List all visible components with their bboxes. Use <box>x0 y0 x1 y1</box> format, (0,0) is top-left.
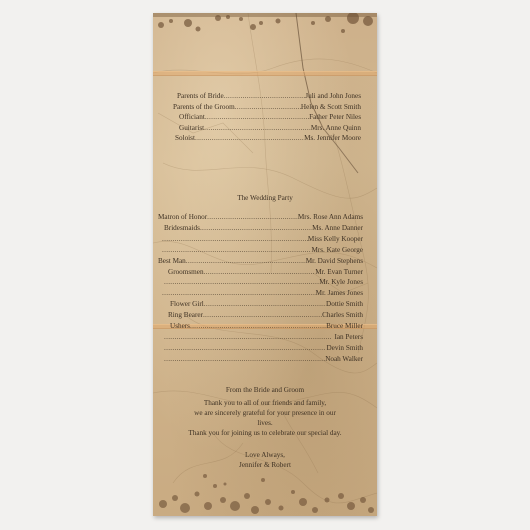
dot-leader: ........................................… <box>207 213 298 223</box>
person-name: Bruce Miller <box>326 322 363 332</box>
dot-leader: ........................................… <box>205 113 309 123</box>
person-name: Father Peter Niles <box>309 113 361 123</box>
closing: Love Always, <box>153 451 377 461</box>
role-label: Guitarist <box>179 124 204 134</box>
message-title: From the Bride and Groom <box>153 386 377 396</box>
person-name: Mrs. Anne Quinn <box>311 124 361 134</box>
wedding-party-row: Ring Bearer.............................… <box>168 311 363 321</box>
role-label: Ring Bearer <box>168 311 203 321</box>
dot-leader: ........................................… <box>235 103 301 113</box>
wedding-party-row: ........................................… <box>162 289 363 299</box>
officiant-row: Officiant...............................… <box>179 113 361 123</box>
wedding-party-row: Matron of Honor.........................… <box>158 213 363 223</box>
role-label: Bridesmaids <box>164 224 200 234</box>
person-name: Ms. Jennifer Moore <box>304 134 361 144</box>
dot-leader: ........................................… <box>162 235 308 245</box>
dot-leader: ........................................… <box>186 257 306 267</box>
wedding-party-row: ........................................… <box>164 333 363 343</box>
wedding-party-row: ........................................… <box>164 355 363 365</box>
wedding-party-row: Ushers..................................… <box>170 322 363 332</box>
dot-leader: ........................................… <box>224 92 306 102</box>
dot-leader: ........................................… <box>164 333 334 343</box>
person-name: Noah Walker <box>325 355 363 365</box>
person-name: Ms. Anne Danner <box>312 224 363 234</box>
officiant-row: Guitarist...............................… <box>179 124 361 134</box>
dot-leader: ........................................… <box>162 246 311 256</box>
message-line: lives. <box>153 419 377 429</box>
dot-leader: ........................................… <box>162 289 316 299</box>
person-name: Mr. Evan Turner <box>315 268 363 278</box>
section-title: The Wedding Party <box>153 194 377 204</box>
dot-leader: ........................................… <box>204 268 316 278</box>
wedding-party-row: Best Man................................… <box>158 257 363 267</box>
officiant-row: Soloist.................................… <box>175 134 361 144</box>
dot-leader: ........................................… <box>203 311 322 321</box>
role-label: Parents of the Groom <box>173 103 235 113</box>
person-name: Mr. Kyle Jones <box>319 278 363 288</box>
message-line: we are sincerely grateful for your prese… <box>153 409 377 419</box>
person-name: Mr. James Jones <box>316 289 363 299</box>
person-name: Miss Kelly Kooper <box>308 235 363 245</box>
officiant-row: Parents of Bride........................… <box>177 92 361 102</box>
person-name: Juli and John Jones <box>305 92 361 102</box>
program-text: Parents of Bride........................… <box>153 13 377 516</box>
dot-leader: ........................................… <box>164 278 319 288</box>
wedding-party-row: ........................................… <box>162 235 363 245</box>
signature: Jennifer & Robert <box>153 461 377 471</box>
wedding-party-row: Bridesmaids.............................… <box>164 224 363 234</box>
officiant-row: Parents of the Groom....................… <box>173 103 361 113</box>
dot-leader: ........................................… <box>164 344 326 354</box>
wedding-party-row: ........................................… <box>164 278 363 288</box>
person-name: Mrs. Rose Ann Adams <box>298 213 363 223</box>
role-label: Ushers <box>170 322 190 332</box>
wedding-program-card: Parents of Bride........................… <box>153 13 377 516</box>
person-name: Helen & Scott Smith <box>301 103 361 113</box>
person-name: Dottie Smith <box>326 300 363 310</box>
role-label: Best Man <box>158 257 186 267</box>
dot-leader: ........................................… <box>204 300 326 310</box>
role-label: Flower Girl <box>170 300 204 310</box>
role-label: Matron of Honor <box>158 213 207 223</box>
dot-leader: ........................................… <box>190 322 326 332</box>
role-label: Parents of Bride <box>177 92 224 102</box>
dot-leader: ........................................… <box>200 224 312 234</box>
dot-leader: ........................................… <box>164 355 325 365</box>
wedding-party-row: ........................................… <box>164 344 363 354</box>
role-label: Officiant <box>179 113 205 123</box>
person-name: Mr. David Stephens <box>306 257 363 267</box>
wedding-party-row: ........................................… <box>162 246 363 256</box>
dot-leader: ........................................… <box>195 134 304 144</box>
wedding-party-row: Groomsmen...............................… <box>168 268 363 278</box>
wedding-party-row: Flower Girl.............................… <box>170 300 363 310</box>
person-name: Devin Smith <box>326 344 363 354</box>
role-label: Groomsmen <box>168 268 204 278</box>
role-label: Soloist <box>175 134 195 144</box>
person-name: Ian Peters <box>334 333 363 343</box>
person-name: Mrs. Kate George <box>311 246 363 256</box>
message-line: Thank you for joining us to celebrate ou… <box>153 429 377 439</box>
message-line: Thank you to all of our friends and fami… <box>153 399 377 409</box>
dot-leader: ........................................… <box>204 124 311 134</box>
person-name: Charles Smith <box>322 311 363 321</box>
